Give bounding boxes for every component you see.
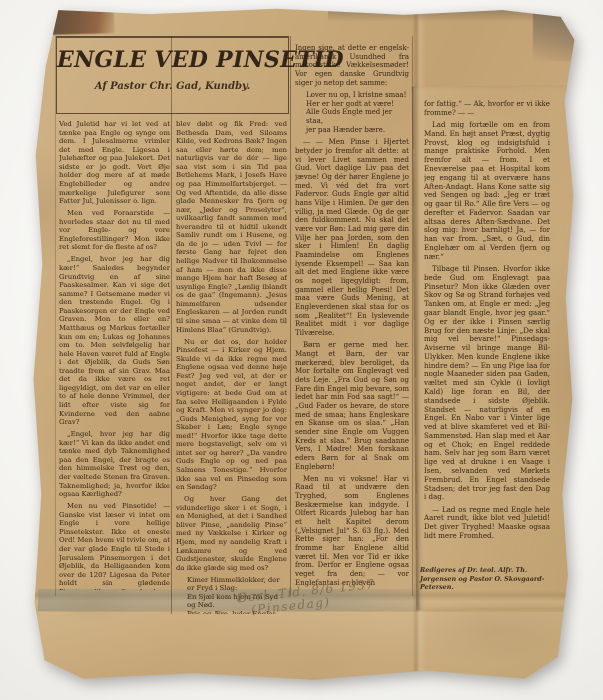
article-paragraph: blev døbt og fik Fred: ved Bethesda Dam,…	[176, 120, 287, 334]
blank-fold-area	[36, 612, 568, 678]
article-paragraph: Men nu vi voksne! Har vi Raad til at und…	[295, 475, 409, 588]
print-remnant-top-edge	[328, 10, 578, 22]
article-paragraph: Børn er gerne med her. Mangt et Barn, de…	[295, 341, 409, 471]
article-column-2: blev døbt og fik Fred: ved Bethesda Dam,…	[176, 120, 287, 614]
article-paragraph: Tilbage til Pinsen. Hvorfor ikke bede Gu…	[424, 265, 550, 502]
photo-background: ENGLE VED PINSETID Af Pastor Chr. Gad, K…	[0, 0, 603, 700]
column-divider-2	[290, 36, 291, 596]
editor-credit: Redigeres af Dr. teol. Alfr. Th. Jørgens…	[420, 566, 558, 592]
clipping-cut-edge-right	[412, 36, 413, 596]
newspaper-clipping: ENGLE VED PINSETID Af Pastor Chr. Gad, K…	[28, 6, 580, 684]
article-paragraph: Men nu ved Pinsetide! — Ganske vist læse…	[59, 502, 170, 590]
print-remnant-top-left	[46, 7, 115, 35]
article-paragraph: for fattig.“ — Ak, hvorfor er vi ikke fr…	[424, 100, 550, 118]
hymn-verse: Lover nu op, I kristne smaa! Her er her …	[295, 91, 409, 134]
article-paragraph: Ingen sige, at dette er engelsk-amerikan…	[295, 44, 409, 87]
article-column-1: Ved Juletid har vi let ved at tænke paa …	[59, 120, 170, 590]
clipping-shadow: ENGLE VED PINSETID Af Pastor Chr. Gad, K…	[0, 0, 603, 700]
article-paragraph: Men ved Foraarstide — hvorledes staar de…	[59, 209, 170, 252]
article-paragraph: „Engel, hvor jeg har dig kær!“ Saaledes …	[59, 255, 170, 426]
article-paragraph: „Engel, hvor jeg har dig kær!“ Vi kan da…	[59, 430, 170, 499]
article-column-3: Ingen sige, at dette er engelsk-amerikan…	[295, 44, 409, 604]
article-column-4: for fattig.“ — Ak, hvorfor er vi ikke fr…	[424, 100, 550, 562]
article-byline: Af Pastor Chr. Gad, Kundby.	[57, 81, 288, 92]
article-paragraph: — — Men Pinse i Hjertet betyder jo fremf…	[295, 138, 409, 337]
article-paragraph: — Lad os regne med Engle hele Aaret rund…	[424, 506, 550, 541]
clipping-cut-edge-left	[55, 36, 56, 596]
article-paragraph: Ved Juletid har vi let ved at tænke paa …	[59, 120, 170, 206]
column-divider-1	[171, 36, 172, 614]
article-paragraph: Og hver Gang det vidunderlige sker i et …	[176, 495, 287, 572]
article-title: ENGLE VED PINSETID	[57, 49, 288, 71]
article-paragraph: Nu er det os, der holder Pinsefest — i K…	[176, 338, 287, 492]
article-header: ENGLE VED PINSETID Af Pastor Chr. Gad, K…	[56, 36, 289, 114]
article-paragraph: Lad mig fortælle om en from Mand. En høj…	[424, 121, 550, 262]
